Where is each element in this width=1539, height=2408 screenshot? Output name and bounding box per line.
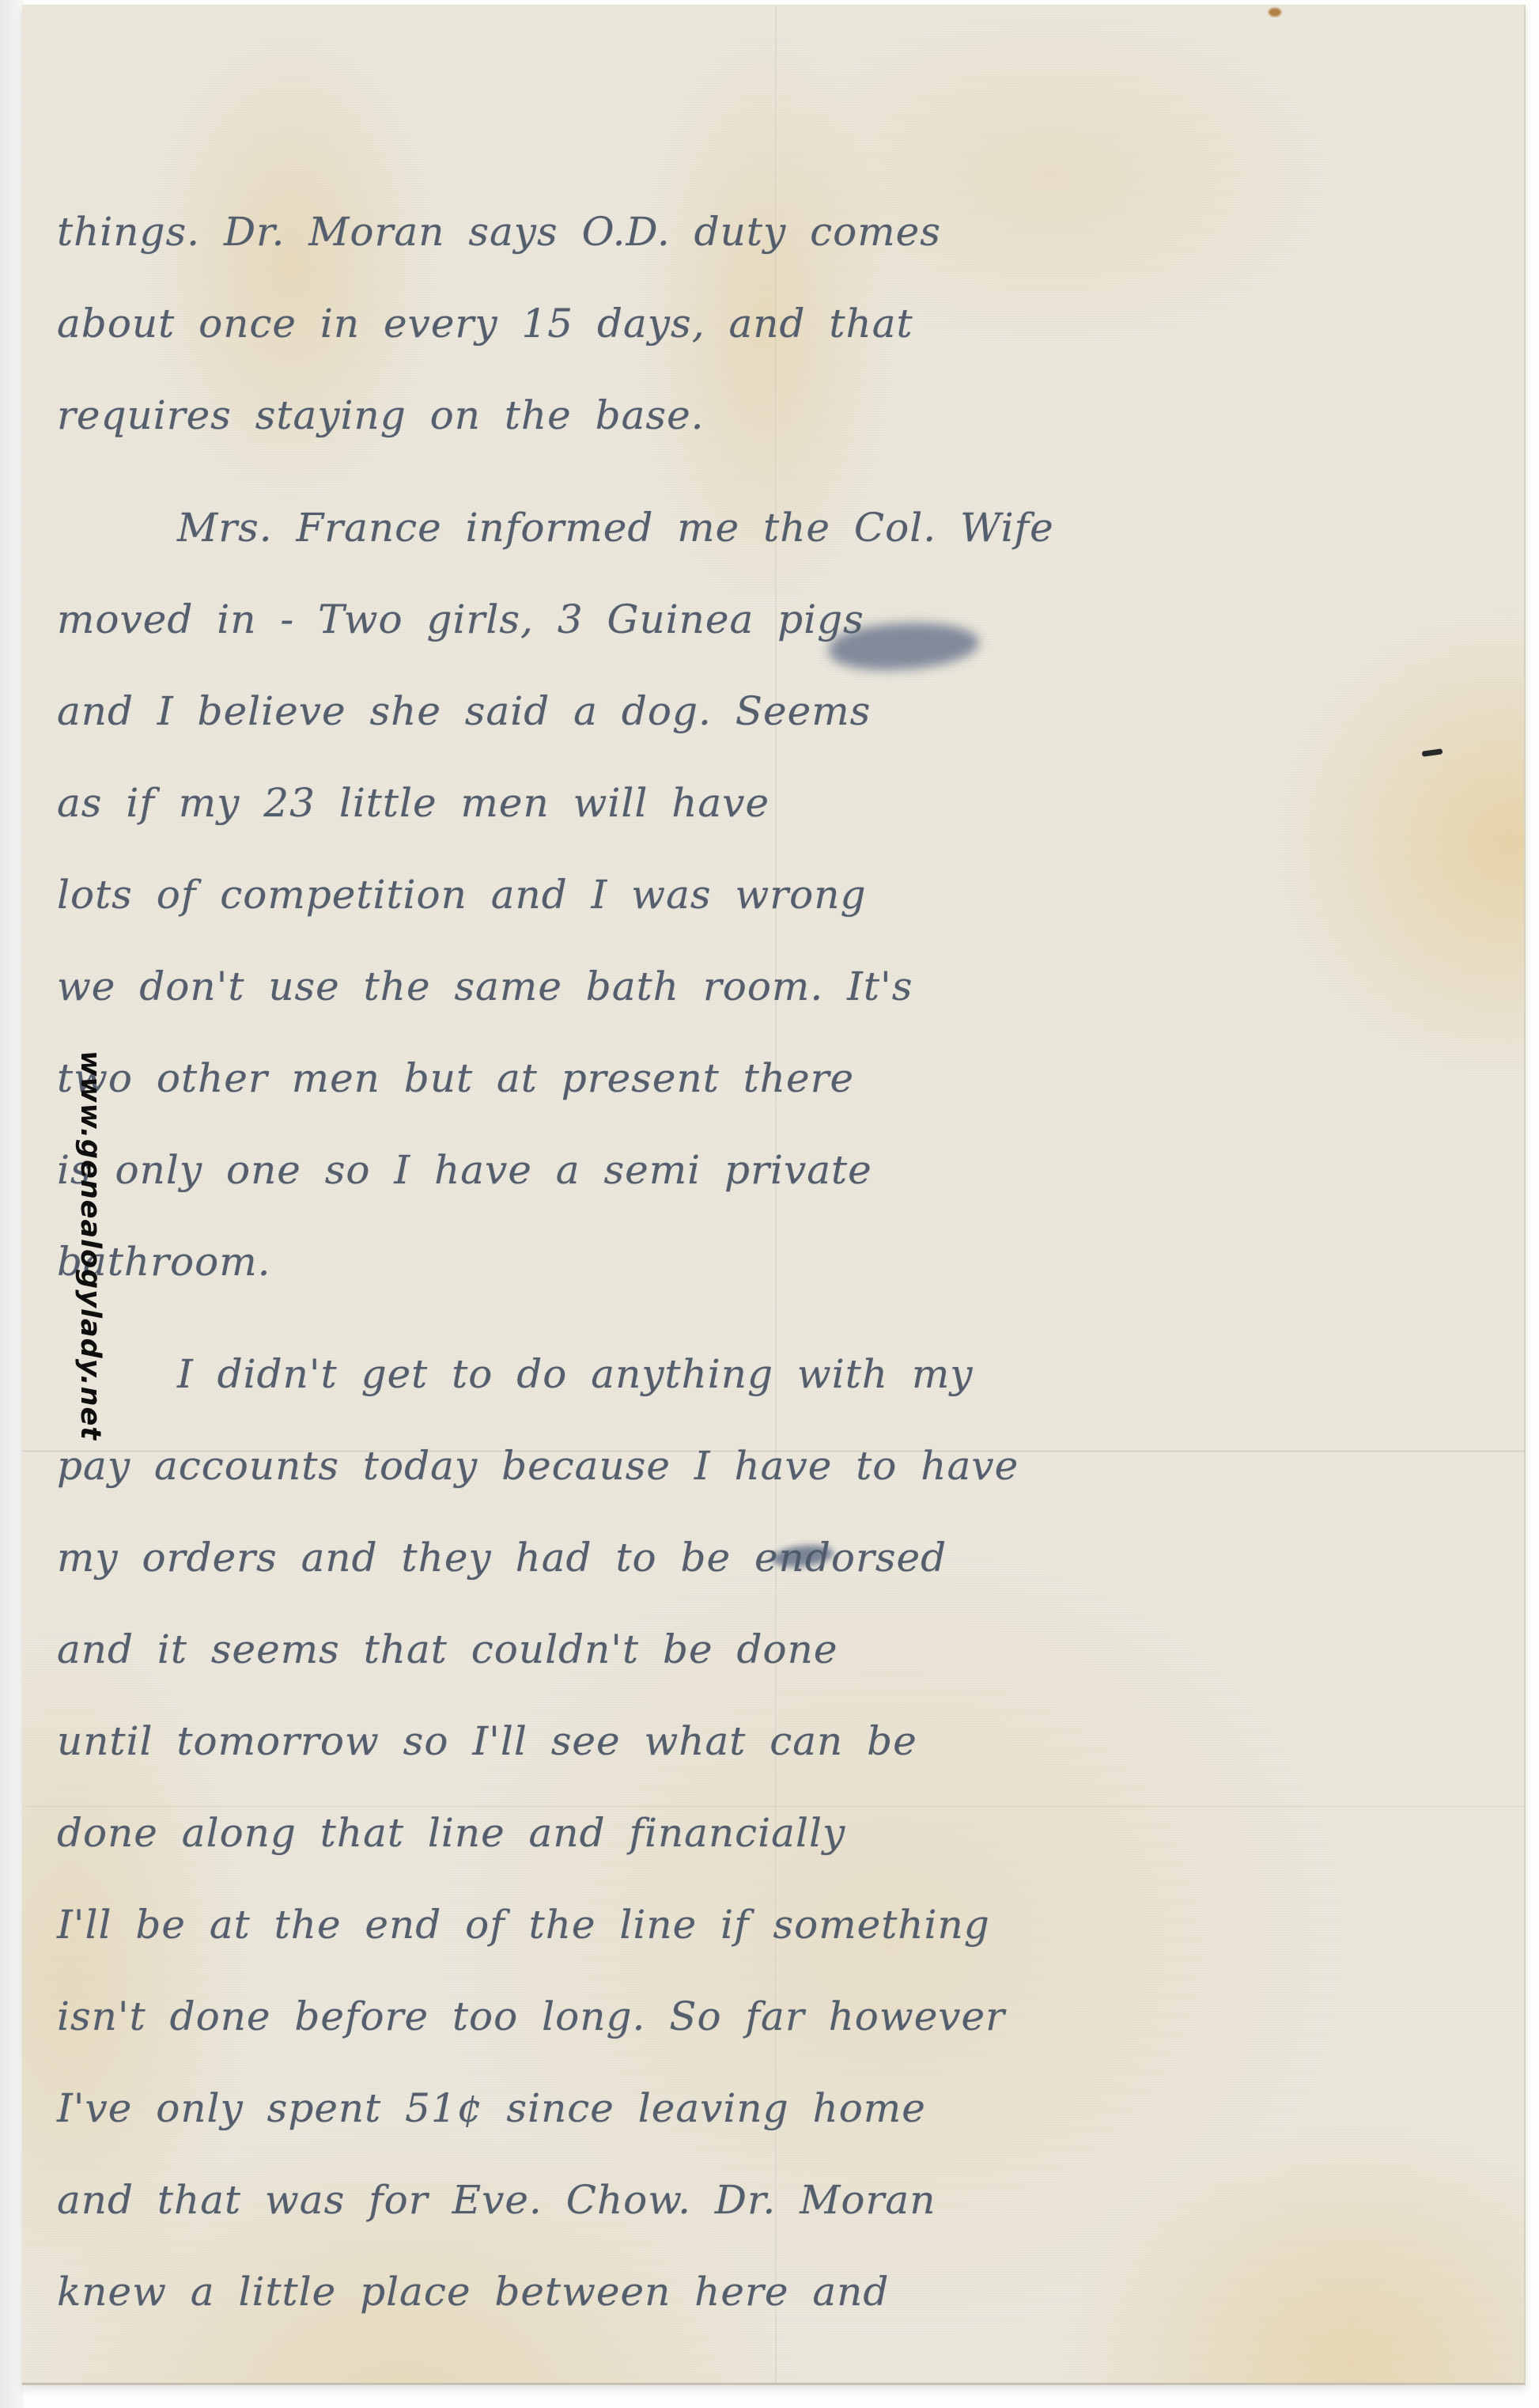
letter-line: moved in - Two girls, 3 Guinea pigs (57, 596, 1480, 688)
letter-line: and it seems that couldn't be done (57, 1626, 1480, 1718)
letter-line: bathroom. (57, 1239, 1480, 1331)
letter-line: two other men but at present there (57, 1055, 1480, 1147)
letter-line: and that was for Eve. Chow. Dr. Moran (57, 2177, 1480, 2269)
letter-page: things. Dr. Moran says O.D. duty comes a… (22, 5, 1526, 2385)
letter-line: about once in every 15 days, and that (57, 301, 1480, 392)
letter-line: we don't use the same bath room. It's (57, 964, 1480, 1055)
letter-line: pay accounts today because I have to hav… (57, 1443, 1480, 1535)
letter-line: and I believe she said a dog. Seems (57, 688, 1480, 780)
letter-line: I'll be at the end of the line if someth… (57, 1902, 1480, 1993)
letter-body: things. Dr. Moran says O.D. duty comes a… (57, 209, 1480, 2361)
letter-line: until tomorrow so I'll see what can be (57, 1718, 1480, 1810)
scanner-background (0, 0, 24, 2408)
watermark-url: www.genealogylady.net (74, 1051, 106, 1441)
letter-line: my orders and they had to be endorsed (57, 1535, 1480, 1626)
letter-line: requires staying on the base. (57, 392, 1480, 484)
letter-line: I've only spent 51¢ since leaving home (57, 2085, 1480, 2177)
letter-line: done along that line and financially (57, 1810, 1480, 1902)
letter-line: lots of competition and I was wrong (57, 872, 1480, 964)
letter-line: I didn't get to do anything with my (57, 1351, 1480, 1443)
letter-line: knew a little place between here and (57, 2269, 1480, 2361)
letter-line: is only one so I have a semi private (57, 1147, 1480, 1239)
stain-spot (1269, 8, 1281, 17)
letter-line: isn't done before too long. So far howev… (57, 1993, 1480, 2085)
letter-line: as if my 23 little men will have (57, 780, 1480, 872)
letter-line: Mrs. France informed me the Col. Wife (57, 505, 1480, 596)
letter-line: things. Dr. Moran says O.D. duty comes (57, 209, 1480, 301)
